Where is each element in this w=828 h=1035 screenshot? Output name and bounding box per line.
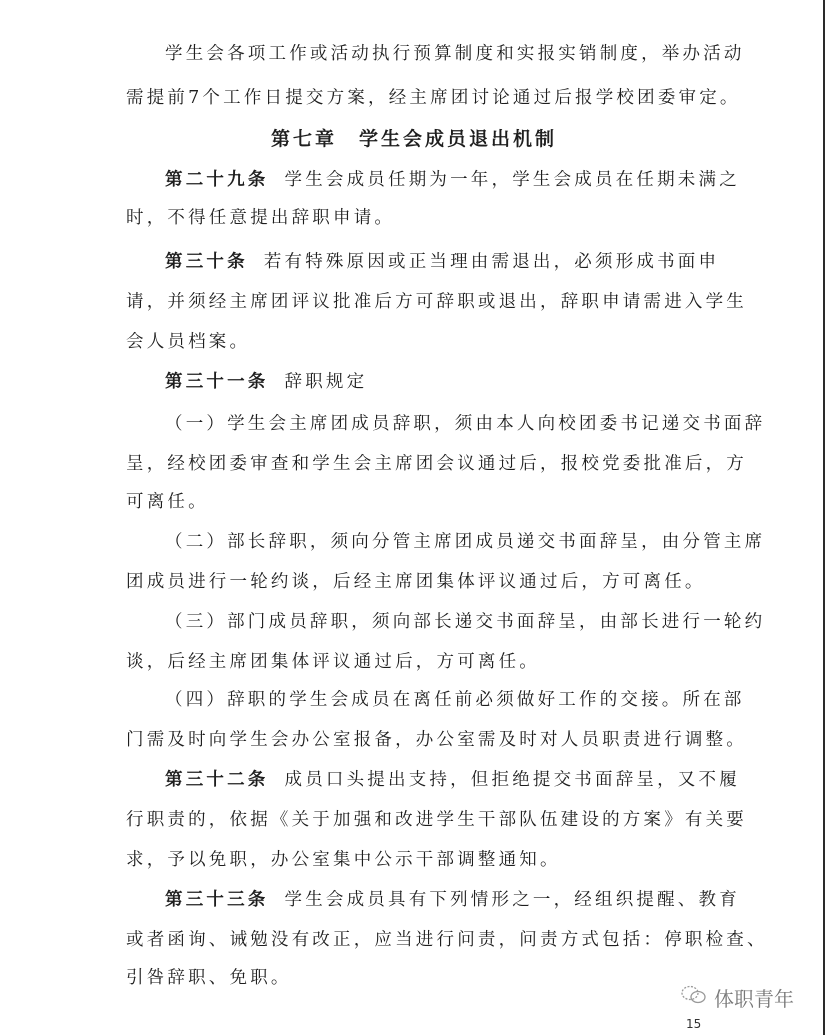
paragraph-line: 门需及时向学生会办公室报备，办公室需及时对人员职责进行调整。 <box>126 728 706 752</box>
article-text: 辞职规定 <box>285 372 368 392</box>
paragraph-line: 谈，后经主席团集体评议通过后，方可离任。 <box>126 650 706 674</box>
page-edge <box>823 0 825 1035</box>
clause-2: （二）部长辞职，须向分管主席团成员递交书面辞呈，由分管主席 <box>165 530 745 554</box>
paragraph-line: 学生会各项工作或活动执行预算制度和实报实销制度，举办活动 <box>165 42 745 66</box>
article-label: 第三十一条 <box>165 372 269 392</box>
article-label: 第三十三条 <box>165 890 269 910</box>
article-31: 第三十一条辞职规定 <box>165 370 745 394</box>
paragraph-line: 团成员进行一轮约谈，后经主席团集体评议通过后，方可离任。 <box>126 570 706 594</box>
watermark: 体职青年 <box>680 983 794 1012</box>
article-32: 第三十二条成员口头提出支持，但拒绝提交书面辞呈，又不履 <box>165 768 745 792</box>
paragraph-line: 需提前7个工作日提交方案，经主席团讨论通过后报学校团委审定。 <box>126 86 706 110</box>
page-number: 15 <box>686 1017 701 1031</box>
chapter-heading: 第七章 学生会成员退出机制 <box>0 124 828 151</box>
article-29: 第二十九条学生会成员任期为一年，学生会成员在任期未满之 <box>165 168 745 192</box>
clause-3: （三）部门成员辞职，须向部长递交书面辞呈，由部长进行一轮约 <box>165 610 745 634</box>
wechat-icon <box>680 984 708 1011</box>
paragraph-line: 可离任。 <box>126 490 706 514</box>
document-page: 学生会各项工作或活动执行预算制度和实报实销制度，举办活动 需提前7个工作日提交方… <box>0 0 828 1035</box>
article-30: 第三十条若有特殊原因或正当理由需退出，必须形成书面申 <box>165 250 745 274</box>
paragraph-line: 请，并须经主席团评议批准后方可辞职或退出，辞职申请需进入学生 <box>126 290 706 314</box>
paragraph-line: 或者函询、诫勉没有改正，应当进行问责，问责方式包括：停职检查、 <box>126 928 706 952</box>
article-text: 成员口头提出支持，但拒绝提交书面辞呈，又不履 <box>285 770 740 790</box>
paragraph-line: 行职责的，依据《关于加强和改进学生干部队伍建设的方案》有关要 <box>126 808 706 832</box>
article-text: 若有特殊原因或正当理由需退出，必须形成书面申 <box>264 252 719 272</box>
clause-4: （四）辞职的学生会成员在离任前必须做好工作的交接。所在部 <box>165 688 745 712</box>
article-label: 第三十二条 <box>165 770 269 790</box>
article-text: 学生会成员具有下列情形之一，经组织提醒、教育 <box>285 890 740 910</box>
paragraph-line: 呈，经校团委审查和学生会主席团会议通过后，报校党委批准后，方 <box>126 452 706 476</box>
clause-1: （一）学生会主席团成员辞职，须由本人向校团委书记递交书面辞 <box>165 412 745 436</box>
article-text: 学生会成员任期为一年，学生会成员在任期未满之 <box>285 170 740 190</box>
article-label: 第三十条 <box>165 252 248 272</box>
article-33: 第三十三条学生会成员具有下列情形之一，经组织提醒、教育 <box>165 888 745 912</box>
paragraph-line: 求，予以免职，办公室集中公示干部调整通知。 <box>126 848 706 872</box>
paragraph-line: 时，不得任意提出辞职申请。 <box>126 206 706 230</box>
paragraph-line: 引咎辞职、免职。 <box>126 966 706 990</box>
article-label: 第二十九条 <box>165 170 269 190</box>
paragraph-line: 会人员档案。 <box>126 330 706 354</box>
watermark-text: 体职青年 <box>714 983 794 1012</box>
